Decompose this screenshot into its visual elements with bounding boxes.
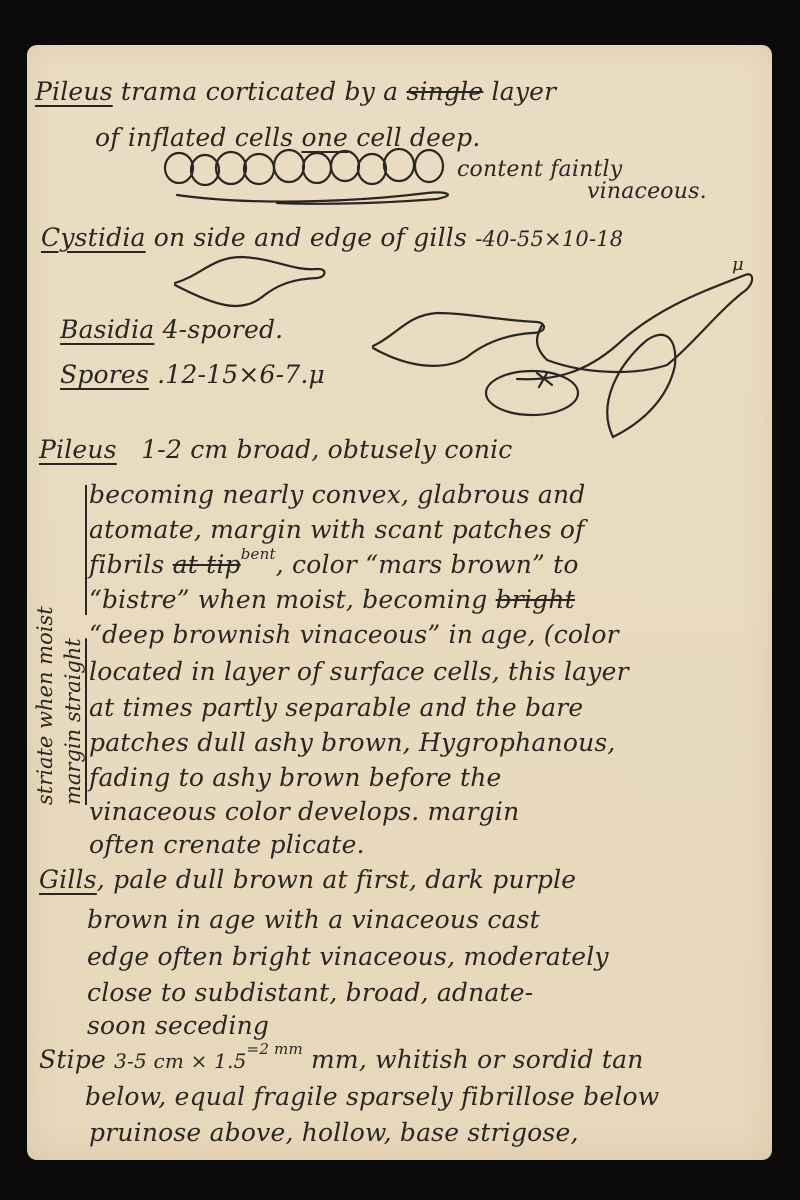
pileus-desc-line: fading to ashy brown before the: [89, 763, 502, 793]
gills-line: soon seceding: [87, 1011, 269, 1041]
stipe-measure-sup: =2 mm: [247, 1040, 303, 1058]
text: , pale dull brown at first, dark purple: [97, 865, 577, 894]
pileus-desc-line: “deep brownish vinaceous” in age, (color: [89, 620, 619, 650]
struck-word: at tip: [173, 550, 241, 579]
cystidia-line: Cystidia on side and edge of gills -40-5…: [41, 223, 623, 254]
text: 4-spored.: [163, 315, 284, 344]
pileus-desc-line: patches dull ashy brown, Hygrophanous,: [89, 728, 616, 758]
text: mm, whitish or sordid tan: [311, 1045, 644, 1074]
pileus-desc-line-1: Pileus 1-2 cm broad, obtusely conic: [39, 435, 513, 465]
gills-line: brown in age with a vinaceous cast: [87, 905, 540, 935]
stipe-measure: 3-5 cm × 1.5: [114, 1049, 246, 1073]
pileus-desc-line: located in layer of surface cells, this …: [89, 657, 629, 687]
gills-line-1: Gills, pale dull brown at first, dark pu…: [39, 865, 576, 895]
unit-mu: μ: [732, 250, 744, 280]
text: color “mars brown” to: [292, 550, 579, 579]
spores-sketch: [486, 335, 675, 437]
heading-cystidia: Cystidia: [41, 223, 146, 252]
text: fibrils: [89, 550, 164, 579]
heading-basidia: Basidia: [60, 315, 154, 344]
stipe-line: pruinose above, hollow, base strigose,: [89, 1118, 579, 1148]
text: on side and edge of gills: [154, 223, 467, 252]
text: 1-2 cm broad, obtusely conic: [141, 435, 512, 464]
heading-pileus-2: Pileus: [39, 435, 117, 464]
text: .12-15×6-7.μ: [157, 360, 325, 389]
pileus-desc-line: atomate, margin with scant patches of: [89, 515, 585, 545]
struck-word: bright: [496, 585, 575, 614]
heading-spores: Spores: [60, 360, 149, 389]
spores-line: Spores .12-15×6-7.μ: [60, 360, 325, 390]
inflated-cells-sketch: [165, 149, 448, 204]
margin-note-line-2: margin straight: [61, 638, 85, 805]
pileus-desc-line: fibrils at tipbent, color “mars brown” t…: [89, 550, 579, 583]
basidia-line: Basidia 4-spored.: [60, 315, 283, 345]
gills-line: close to subdistant, broad, adnate-: [87, 978, 533, 1008]
heading-gills: Gills: [39, 865, 97, 894]
pileus-desc-line: “bistre” when moist, becoming bright: [89, 585, 575, 615]
margin-bracket: [85, 485, 87, 615]
heading-stipe: Stipe: [39, 1045, 106, 1074]
pileus-desc-line: becoming nearly convex, glabrous and: [89, 480, 585, 510]
pileus-desc-line: vinaceous color develops. margin: [89, 797, 519, 827]
stipe-line: below, equal fragile sparsely fibrillose…: [85, 1082, 659, 1112]
text: “bistre” when moist, becoming: [89, 585, 487, 614]
margin-bracket: [85, 675, 87, 805]
cystidia-measure: -40-55×10-18: [475, 227, 623, 251]
pileus-desc-line: often crenate plicate.: [89, 830, 365, 860]
stipe-line-1: Stipe 3-5 cm × 1.5=2 mm mm, whitish or s…: [39, 1045, 644, 1078]
index-card: Pileus trama corticated by a single laye…: [27, 45, 772, 1160]
gills-line: edge often bright vinaceous, moderately: [87, 942, 609, 972]
margin-note-line-1: striate when moist: [33, 606, 57, 805]
inserted-word: bent: [241, 545, 276, 563]
pileus-desc-line: at times partly separable and the bare: [89, 693, 583, 723]
